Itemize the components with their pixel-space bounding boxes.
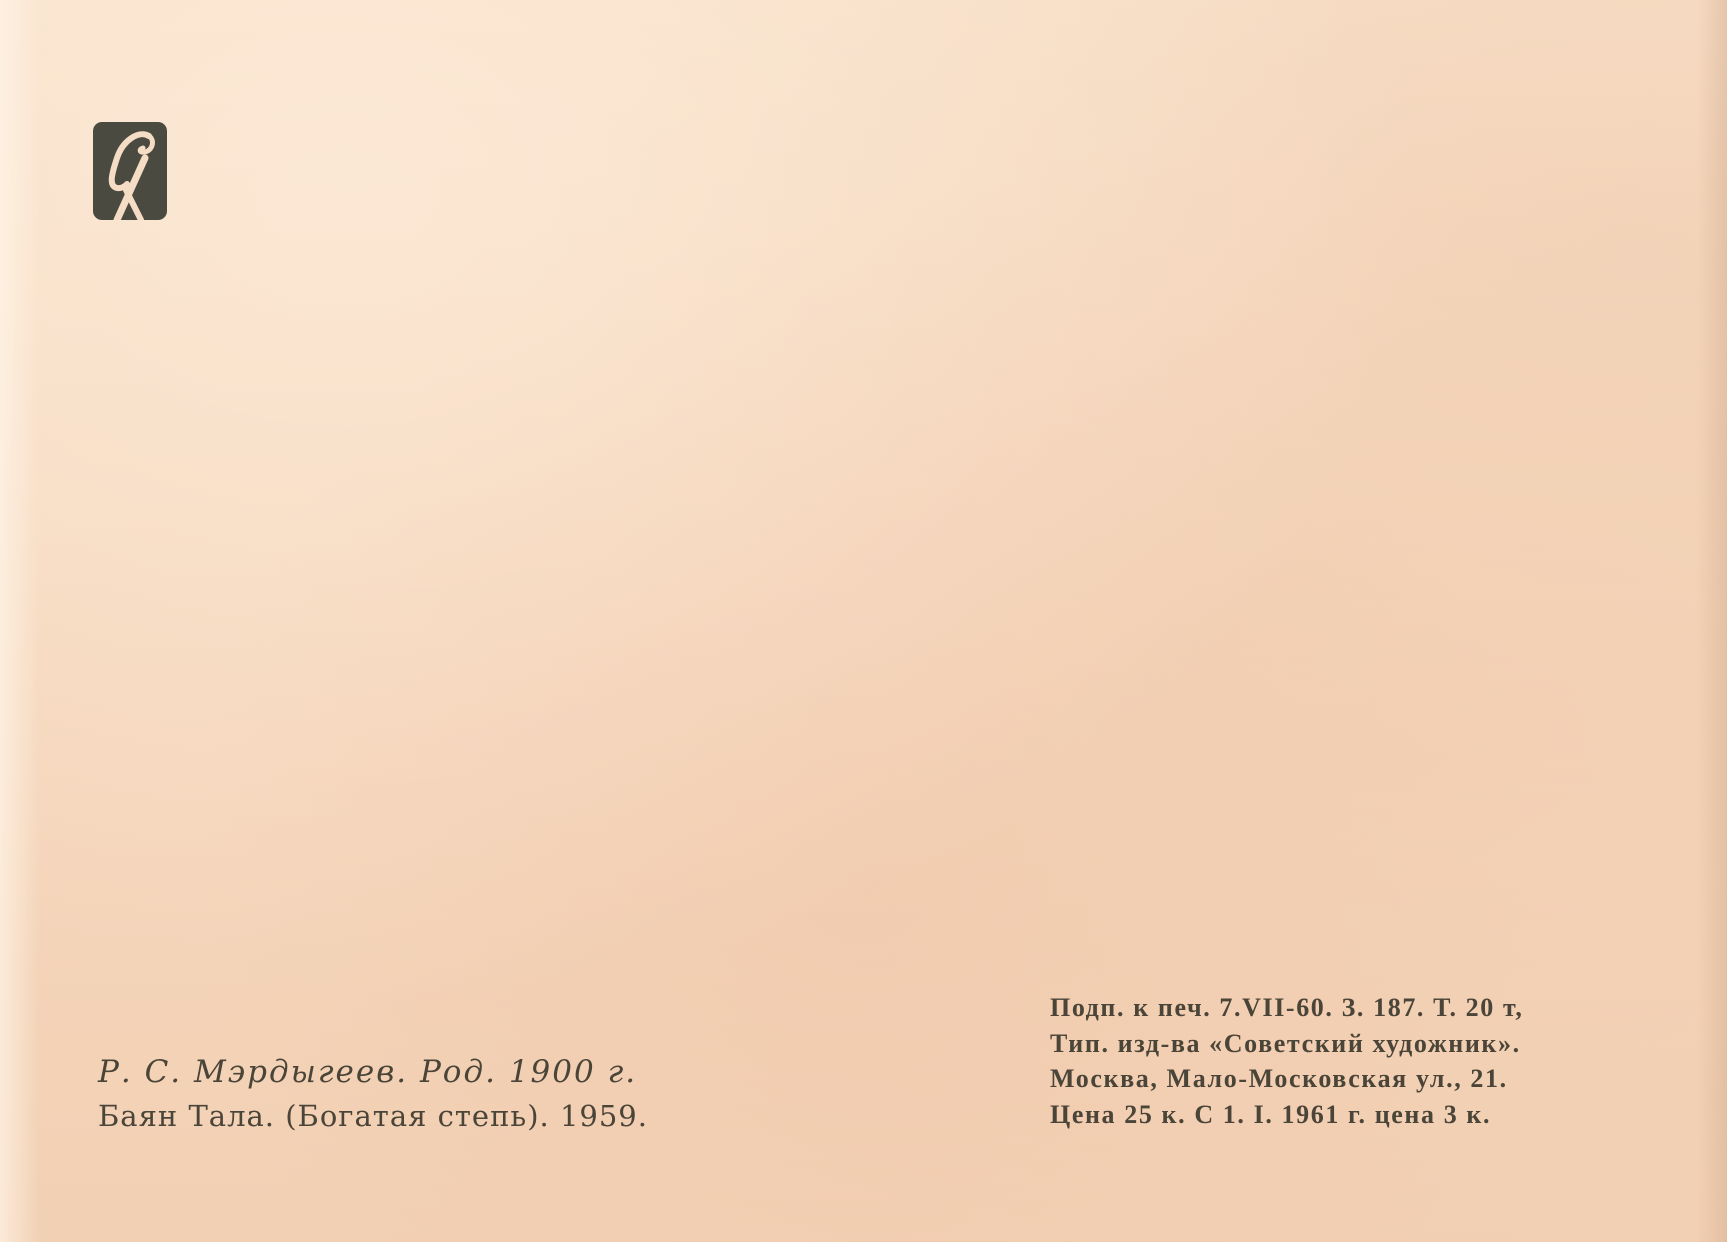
imprint-line: Москва, Мало-Московская ул., 21. — [1050, 1061, 1630, 1097]
sx-monogram-logo-icon — [93, 122, 167, 220]
imprint-line: Тип. изд-ва «Советский художник». — [1050, 1026, 1630, 1062]
title-line: Баян Тала. (Богатая степь). 1959. — [98, 1094, 648, 1138]
artwork-caption: Р. С. Мэрдыгеев. Род. 1900 г. Баян Тала.… — [98, 1050, 648, 1138]
imprint-line: Цена 25 к. С 1. I. 1961 г. цена 3 к. — [1050, 1097, 1630, 1133]
paper-edge-right — [1697, 0, 1727, 1242]
artist-line: Р. С. Мэрдыгеев. Род. 1900 г. — [98, 1050, 648, 1094]
paper-edge-left — [0, 0, 40, 1242]
postcard-back: Р. С. Мэрдыгеев. Род. 1900 г. Баян Тала.… — [0, 0, 1727, 1242]
imprint-line: Подп. к печ. 7.VII-60. З. 187. Т. 20 т, — [1050, 990, 1630, 1026]
printing-imprint: Подп. к печ. 7.VII-60. З. 187. Т. 20 т, … — [1050, 990, 1630, 1132]
